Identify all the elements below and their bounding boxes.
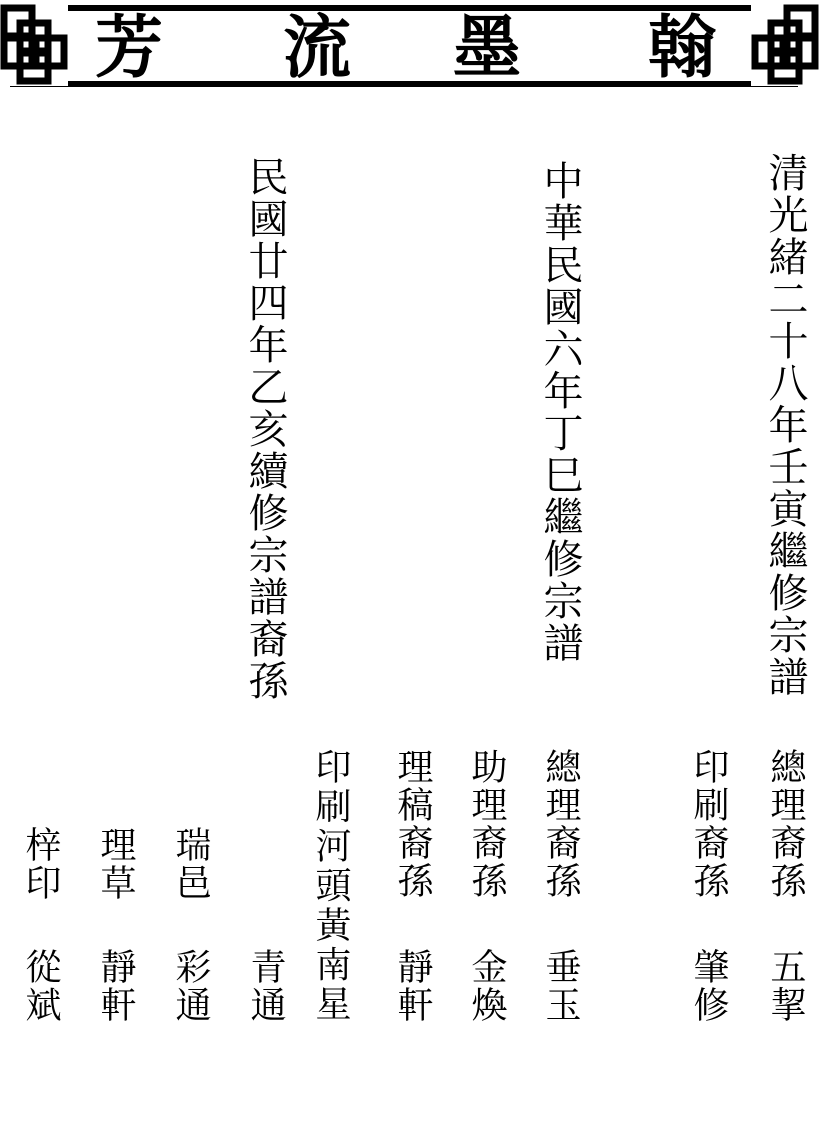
credit-role: 理稿裔孫 bbox=[394, 748, 430, 900]
era-column-minguo6: 中華民國六年丁巳繼修宗譜 bbox=[540, 160, 580, 664]
era-column-guangxu: 清光緒二十八年壬寅繼修宗譜 bbox=[765, 152, 805, 698]
credit-role: 梓印 bbox=[22, 826, 58, 902]
credit-name: 五挈 bbox=[767, 948, 803, 1024]
credit-name: 垂玉 bbox=[542, 948, 578, 1024]
credit-role: 總理裔孫 bbox=[542, 748, 578, 900]
knot-fret-icon bbox=[733, 0, 819, 100]
credit-name: 金煥 bbox=[468, 948, 504, 1024]
credit-role: 印刷河頭黃南星 bbox=[312, 748, 348, 1025]
credit-name: 靜軒 bbox=[97, 948, 133, 1024]
credit-name: 靜軒 bbox=[394, 948, 430, 1024]
credit-role: 印刷裔孫 bbox=[690, 748, 726, 900]
knot-fret-icon bbox=[0, 0, 86, 100]
credit-name: 肇修 bbox=[690, 948, 726, 1024]
banner-title-char: 芳 bbox=[95, 14, 163, 82]
credit-name: 彩通 bbox=[172, 948, 208, 1024]
credit-name: 青通 bbox=[247, 948, 283, 1024]
credit-role: 總理裔孫 bbox=[767, 748, 803, 900]
banner-title-char: 墨 bbox=[453, 14, 521, 82]
credit-name: 從斌 bbox=[22, 948, 58, 1024]
credit-role: 瑞邑 bbox=[172, 826, 208, 902]
banner-title-char: 流 bbox=[283, 14, 351, 82]
banner-title-char: 翰 bbox=[648, 14, 716, 82]
era-column-minguo24: 民國廿四年乙亥續修宗譜裔孫 bbox=[245, 156, 285, 702]
credit-role: 理草 bbox=[97, 826, 133, 902]
credit-role: 助理裔孫 bbox=[468, 748, 504, 900]
genealogy-page: 芳 流 墨 翰 清光緒二十八年壬寅繼修宗譜 中華民國六年丁巳繼修宗譜 民國廿四年… bbox=[0, 0, 819, 1147]
